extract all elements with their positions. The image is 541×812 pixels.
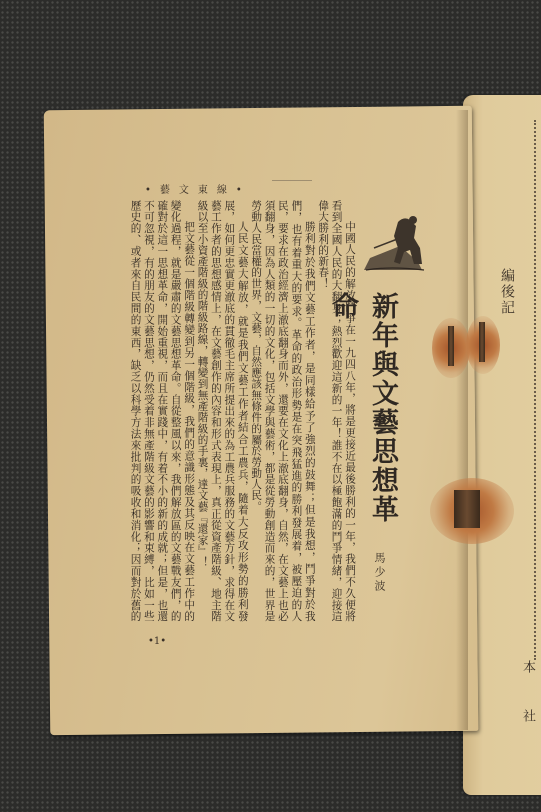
staple xyxy=(448,326,454,366)
body-paragraph: 把文藝從一個階級轉變到另一個階級，我們的意識形態及其反映在文藝工作中的變化過程，… xyxy=(128,200,195,622)
article-body: 中國人民的解放鬥爭在一九四八年，將是更接近最後勝利的一年，我們不久便將看到全國人… xyxy=(128,200,356,622)
body-paragraph: 中國人民的解放鬥爭在一九四八年，將是更接近最後勝利的一年，我們不久便將看到全國人… xyxy=(316,200,356,622)
facing-page-footer: 本 社 xyxy=(518,660,537,738)
body-paragraph: 人民文藝大解放，就是我們文藝工作者結合工農兵，隨着大反攻形勢的勝利發展，如何更忠… xyxy=(195,200,249,622)
page-number: •1• xyxy=(148,636,166,647)
facing-page-heading: 編後記 xyxy=(497,268,517,316)
article-author: 馬少波 xyxy=(371,552,387,594)
spine-shadow xyxy=(456,110,468,730)
running-header: •藝文東線• xyxy=(145,181,251,196)
staple xyxy=(454,490,480,528)
header-rule xyxy=(272,180,312,181)
article-title: 新年與文藝思想革命 xyxy=(362,292,402,532)
staple xyxy=(479,322,485,362)
woodcut-plough-icon xyxy=(360,208,436,274)
body-paragraph: 勝利對於我們文藝工作者，是同樣給予了強烈的鼓舞；但是我想，鬥爭對於我們，也有着重… xyxy=(249,200,316,622)
facing-page-dotted-rule xyxy=(534,120,536,660)
